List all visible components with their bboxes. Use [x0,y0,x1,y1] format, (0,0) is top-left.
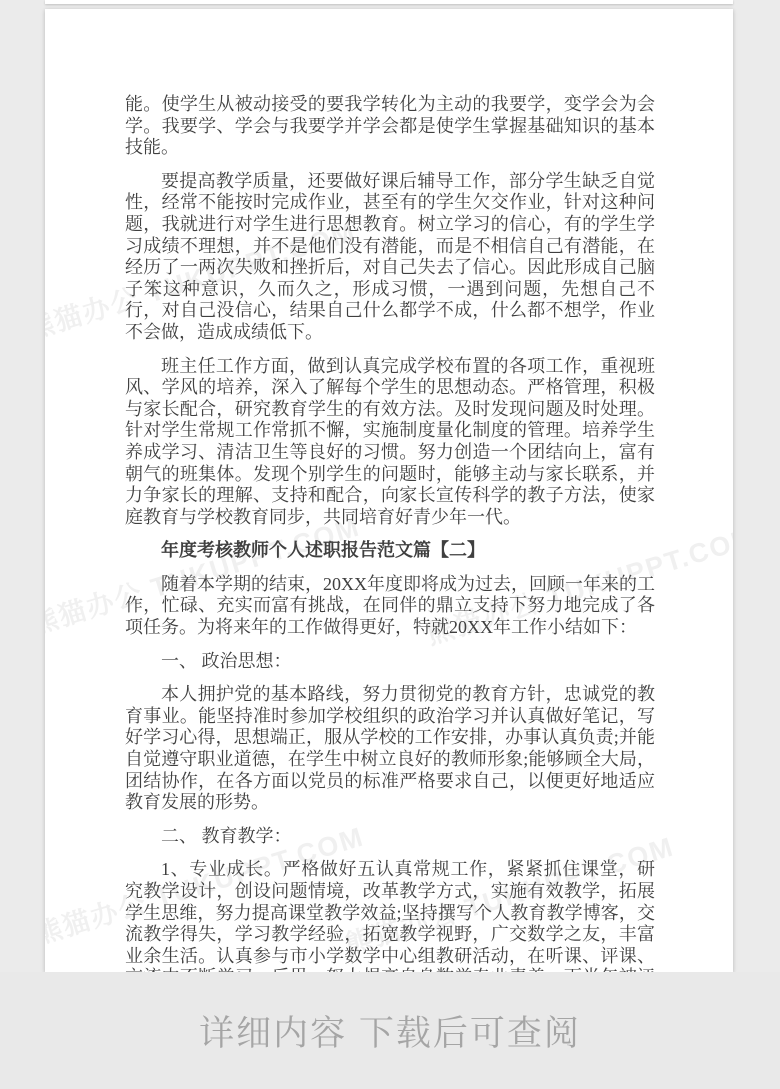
subsection-heading: 二、 教育教学： [125,826,655,848]
document-content: 能。使学生从被动接受的要我学转化为主动的我要学，变学会为会学。我要学、学会与我要… [45,9,733,972]
section-title: 年度考核教师个人述职报告范文篇【二】 [125,540,655,562]
subsection-heading: 一、 政治思想： [125,651,655,673]
paragraph: 随着本学期的结束，20XX年度即将成为过去，回顾一年来的工作，忙碌、充实而富有挑… [125,574,655,639]
paragraph: 本人拥护党的基本路线，努力贯彻党的教育方针，忠诚党的教育事业。能坚持准时参加学校… [125,684,655,814]
paragraph: 要提高教学质量，还要做好课后辅导工作，部分学生缺乏自觉性，经常不能按时完成作业，… [125,171,655,344]
previous-page-edge [45,0,733,4]
preview-canvas: 熊猫办公 TUKUPPT.COM 熊猫办公 TUKUPPT.COM 熊猫办公 T… [0,0,780,1089]
paragraph-continuation: 能。使学生从被动接受的要我学转化为主动的我要学，变学会为会学。我要学、学会与我要… [125,94,655,159]
footer-band: 详细内容 下载后可查阅 [0,972,780,1089]
footer-hint-text: 详细内容 下载后可查阅 [199,1006,581,1056]
paragraph: 1、专业成长。严格做好五认真常规工作，紧紧抓住课堂，研究教学设计，创设问题情境，… [125,859,655,972]
paragraph: 班主任工作方面，做到认真完成学校布置的各项工作，重视班风、学风的培养，深入了解每… [125,356,655,529]
document-page: 熊猫办公 TUKUPPT.COM 熊猫办公 TUKUPPT.COM 熊猫办公 T… [45,9,733,972]
